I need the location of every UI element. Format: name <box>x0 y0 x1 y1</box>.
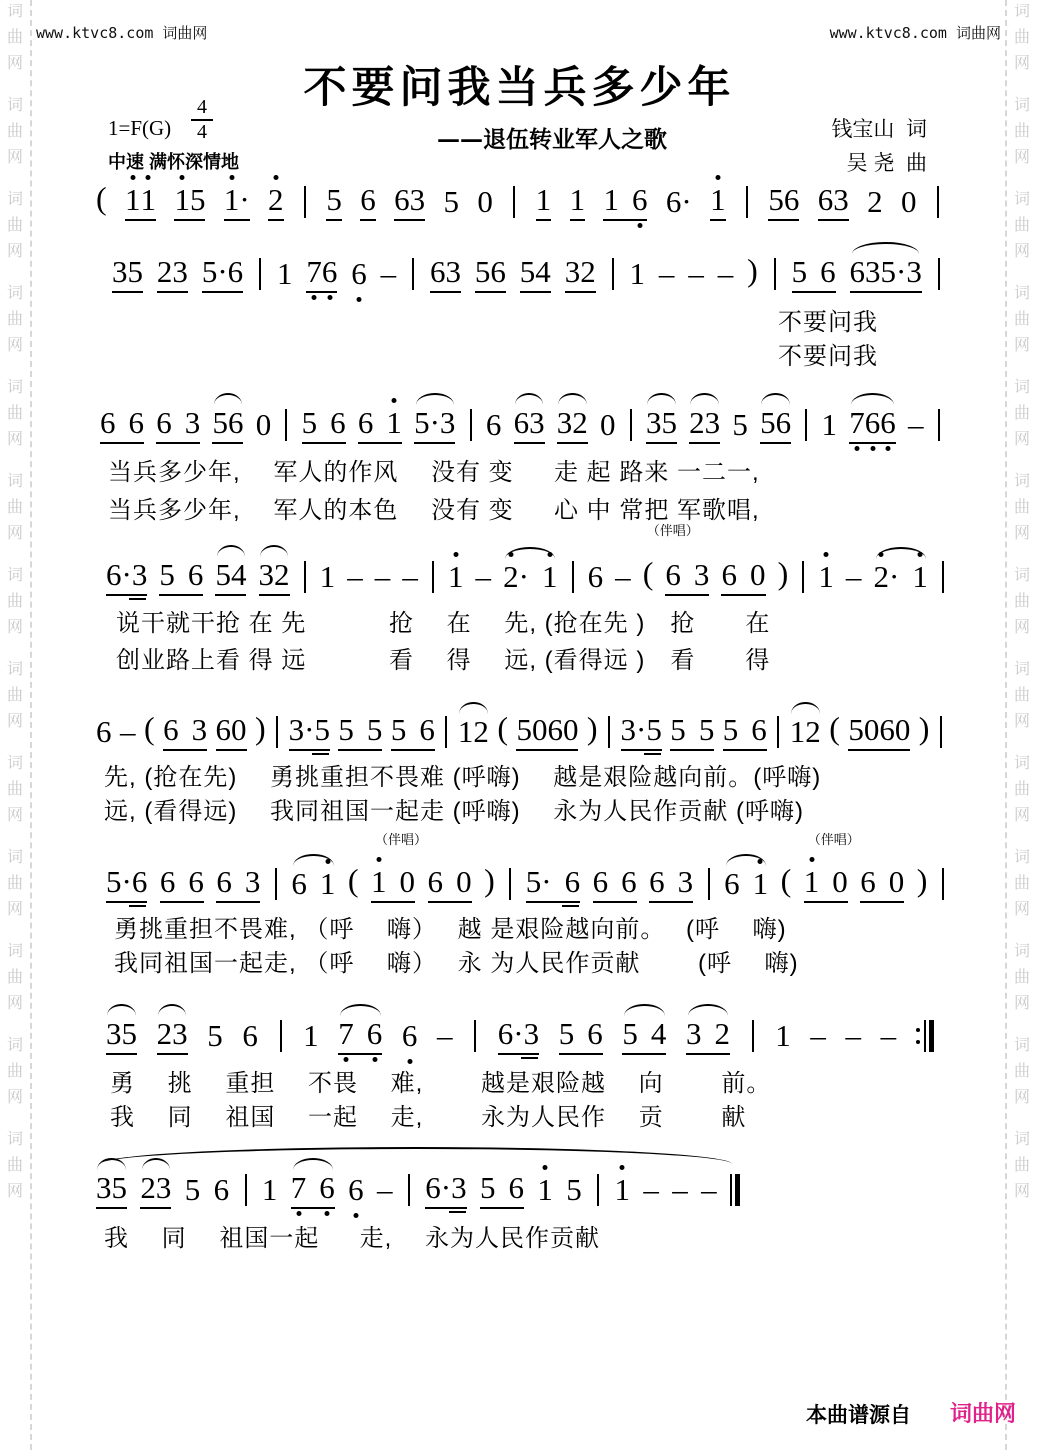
note-digit: 6 <box>587 1018 603 1049</box>
note-digit: – <box>375 561 391 592</box>
watermark-char: 网 <box>1014 526 1030 542</box>
note-digit: 3 <box>646 407 662 438</box>
note-digit: 0 <box>889 866 905 897</box>
slur-arc <box>876 547 926 559</box>
note-digit: 1 <box>630 258 646 289</box>
note-digit: 3 <box>96 1172 112 1203</box>
lyric-line: 当兵多少年, 军人的本色 没有 变 心 中 常把 军歌唱, <box>108 490 760 525</box>
note-digit: 6 <box>351 258 367 289</box>
note-token: 76 <box>291 1172 335 1209</box>
note-digit: 5 <box>622 1018 638 1049</box>
slur-arc <box>690 393 719 405</box>
note-digit: 6 <box>129 407 145 438</box>
notes-row: 6–(6360)3·5555612(5060)3·5555612(5060) <box>96 712 944 751</box>
note-digit: 3 <box>451 1172 467 1203</box>
note-digit: 5 <box>516 714 532 745</box>
note-digit: 2 <box>580 256 596 287</box>
slur-arc <box>158 1004 187 1016</box>
note-token: 1 <box>536 184 552 221</box>
watermark-char: 词 <box>7 568 23 584</box>
watermark-char: 网 <box>1014 244 1030 260</box>
note-digit: 6 <box>565 866 581 897</box>
note-digit: 3 <box>705 407 721 438</box>
note-token: 56 <box>475 256 506 293</box>
notes-row: 6·35654321–––1–2·16–(（伴唱）6360)1–2·1 <box>106 557 946 596</box>
note-token: ) <box>778 557 789 596</box>
note-token: 1 <box>537 1174 553 1209</box>
note-digit: 5 <box>314 714 330 745</box>
note-digit: 2 <box>274 559 290 590</box>
note-digit: 5 <box>475 256 491 287</box>
watermark-char: 词 <box>7 192 23 208</box>
note-token: 56 <box>480 1172 524 1209</box>
note-token: 15 <box>174 184 205 221</box>
note-digit: · <box>636 714 646 745</box>
lyricist-credit: 钱宝山 词 <box>831 113 927 143</box>
accompaniment-label: （伴唱） <box>375 833 427 846</box>
note-digit: 6 <box>188 866 204 897</box>
note-token: ( <box>497 712 508 751</box>
note-digit: 6 <box>348 1174 364 1205</box>
note-token: 56 <box>559 1018 603 1055</box>
watermark-char: 词 <box>7 380 23 396</box>
repeat-barline <box>916 1020 934 1052</box>
watermark-char: 词 <box>7 1132 23 1148</box>
note-token: 54 <box>520 256 551 293</box>
watermark-char: 曲 <box>1014 500 1030 516</box>
note-digit: ) <box>255 712 266 744</box>
barline <box>445 716 447 748</box>
watermark-char: 曲 <box>7 782 23 798</box>
note-digit: 5 <box>723 714 739 745</box>
watermark-text: 词曲网 <box>1014 944 1030 1012</box>
watermark-char: 网 <box>1014 620 1030 636</box>
note-digit: 5 <box>106 866 122 897</box>
watermark-char: 网 <box>1014 808 1030 824</box>
note-digit: · <box>896 256 906 287</box>
notes-row: 3523561766–6·356151––– <box>96 1172 740 1209</box>
note-token: 54 <box>622 1018 666 1055</box>
note-digit: 5 <box>367 714 383 745</box>
barline <box>513 186 515 218</box>
note-digit: 1 <box>371 866 387 897</box>
slur-arc <box>340 1004 381 1016</box>
note-token: 23 <box>689 407 720 444</box>
note-token: 1 <box>448 561 464 596</box>
note-token: 61 <box>724 868 768 903</box>
note-digit: 5 <box>326 184 342 215</box>
watermark-char: 曲 <box>1014 970 1030 986</box>
note-digit: 6 <box>228 407 244 438</box>
watermark-text: 词曲网 <box>7 662 23 730</box>
note-token: 61 <box>358 407 402 444</box>
note-digit: 6 <box>132 866 148 897</box>
note-digit: 7 <box>306 256 322 287</box>
note-token: 56 <box>391 714 435 751</box>
note-token: ) <box>917 864 928 903</box>
note-digit: 2 <box>268 184 284 215</box>
note-digit: 6 <box>865 407 881 438</box>
watermark-text: 词曲网 <box>1014 662 1030 730</box>
note-token: 5060 <box>848 714 910 751</box>
decor <box>730 1174 732 1206</box>
watermark-char: 词 <box>7 1038 23 1054</box>
barline <box>746 186 748 218</box>
note-token: 60 <box>721 559 765 596</box>
note-digit: 6 <box>216 714 232 745</box>
lyric-line: 不要问我 <box>778 336 878 371</box>
note-digit: 1 <box>125 184 141 215</box>
note-token: 6·3 <box>106 559 147 596</box>
note-token: ) <box>919 712 930 751</box>
notes-row: 5·6666361(10（伴唱）60)5·6666361(10（伴唱）60) <box>106 864 946 903</box>
watermark-text: 词曲网 <box>1014 286 1030 354</box>
note-digit: – <box>120 716 136 747</box>
barline <box>509 868 511 900</box>
note-token: 2·1 <box>503 561 557 596</box>
note-digit: – <box>672 1174 688 1205</box>
note-digit: · <box>889 561 899 592</box>
accompaniment-label: （伴唱） <box>647 524 699 537</box>
lyric-line: 勇挑重担不畏难, （呼 嗨） 越 是艰险越向前。 (呼 嗨) <box>114 909 787 944</box>
decor <box>924 1020 926 1052</box>
note-digit: 3 <box>112 256 128 287</box>
note-digit: – <box>659 258 675 289</box>
note-digit: 5 <box>185 1174 201 1205</box>
note-digit: – <box>846 1020 862 1051</box>
note-token: 1 <box>262 1174 278 1209</box>
watermark-char: 词 <box>1014 850 1030 866</box>
note-token: 6 <box>360 184 376 221</box>
barline <box>412 258 414 290</box>
notes-row: (11151·256635011166·1566320 <box>96 182 941 221</box>
note-digit: 5 <box>128 256 144 287</box>
note-digit: 6 <box>367 1018 383 1049</box>
note-digit: 3 <box>132 559 148 590</box>
note-token: ) <box>747 254 758 293</box>
note-token: 1 <box>303 1020 319 1055</box>
note-token: 5 <box>444 186 460 221</box>
note-digit: 6 <box>394 184 410 215</box>
lyric-line: 当兵多少年, 军人的作风 没有 变 走 起 路来 一二一, <box>108 452 760 487</box>
note-digit: 0 <box>563 714 579 745</box>
note-digit: ( <box>144 712 155 744</box>
note-digit: 6 <box>880 407 896 438</box>
note-digit: · <box>304 714 314 745</box>
note-token: 60 <box>860 866 904 903</box>
note-token: 0 <box>901 186 917 221</box>
watermark-char: 网 <box>1014 902 1030 918</box>
watermark-text: 词曲网 <box>7 192 23 260</box>
note-token: 76 <box>338 1018 382 1055</box>
watermark-char: 词 <box>7 286 23 302</box>
note-digit: 4 <box>651 1018 667 1049</box>
time-signature-numerator: 4 <box>197 96 207 118</box>
note-token: – <box>881 1020 897 1055</box>
note-digit: 2 <box>805 716 821 747</box>
barline <box>937 186 939 218</box>
note-token: 5 <box>185 1174 201 1209</box>
notes-row: 666356056615·366332035235561766– <box>100 407 942 444</box>
note-digit: 6 <box>428 866 444 897</box>
watermark-char: 网 <box>1014 996 1030 1012</box>
watermark-char: 词 <box>1014 568 1030 584</box>
note-token: 5 <box>207 1020 223 1055</box>
note-digit: 6 <box>319 1172 335 1203</box>
note-token: 1 <box>630 258 646 293</box>
slur-arc <box>217 545 246 557</box>
barline <box>708 868 710 900</box>
note-token: 5 <box>566 1174 582 1209</box>
note-digit: 6 <box>776 407 792 438</box>
note-digit: 5 <box>302 407 318 438</box>
note-digit: 0 <box>256 409 272 440</box>
slur-arc <box>851 393 894 405</box>
lyric-line: 我 同 祖国 一起 走, 永为人民作 贡 献 <box>110 1097 746 1132</box>
watermark-char: 曲 <box>1014 218 1030 234</box>
note-token: 3·5 <box>289 714 330 751</box>
note-token: 56 <box>302 407 346 444</box>
note-digit: 5 <box>202 256 218 287</box>
note-token: – <box>120 716 136 751</box>
note-digit: – <box>810 1020 826 1051</box>
note-digit: 6 <box>665 559 681 590</box>
lyric-line: 创业路上看 得 远 看 得 远, (看得远 ) 看 得 <box>116 640 770 675</box>
note-digit: 5 <box>566 1174 582 1205</box>
tempo-marking: 中速 满怀深情地 <box>108 148 239 174</box>
note-digit: · <box>681 186 691 217</box>
note-token: 32 <box>557 407 588 444</box>
note-digit: 7 <box>291 1172 307 1203</box>
watermark-char: 网 <box>7 1090 23 1106</box>
note-digit: 6 <box>724 868 740 899</box>
note-digit: ) <box>919 712 930 744</box>
barline <box>276 716 278 748</box>
watermark-char: 曲 <box>7 406 23 422</box>
watermark-char: 词 <box>7 850 23 866</box>
note-digit: 6 <box>547 714 563 745</box>
slur-arc <box>791 702 820 714</box>
note-token: 66 <box>100 407 144 444</box>
watermark-char: 曲 <box>7 312 23 328</box>
time-signature: 4 4 <box>191 97 213 143</box>
note-digit: 6 <box>106 559 122 590</box>
barline <box>432 561 434 593</box>
note-digit: 3 <box>686 1018 702 1049</box>
note-digit: – <box>615 561 631 592</box>
note-digit: 1 <box>537 1174 553 1205</box>
note-token: 6·3 <box>498 1018 539 1055</box>
footer-brand-link[interactable]: 词曲网 <box>950 1397 1016 1428</box>
watermark-text: 词曲网 <box>7 286 23 354</box>
note-digit: ( <box>348 864 359 896</box>
note-digit: 6 <box>632 184 648 215</box>
watermark-text: 词曲网 <box>7 568 23 636</box>
watermark-char: 词 <box>7 944 23 960</box>
note-digit: 6 <box>649 866 665 897</box>
note-token: 6 <box>351 258 367 293</box>
watermark-char: 网 <box>7 150 23 166</box>
watermark-char: 网 <box>1014 714 1030 730</box>
note-token: 6 <box>588 561 604 596</box>
note-digit: 3 <box>557 407 573 438</box>
note-token: 56 <box>792 256 836 293</box>
note-digit: 6 <box>160 866 176 897</box>
note-token: 6 <box>96 716 112 751</box>
slur-arc <box>214 393 243 405</box>
note-token: 6· <box>666 186 692 221</box>
slur-arc <box>624 1004 665 1016</box>
note-digit: 3 <box>289 714 305 745</box>
watermark-text: 词曲网 <box>1014 756 1030 824</box>
sheet-page: 词曲网词曲网词曲网词曲网词曲网词曲网词曲网词曲网词曲网词曲网词曲网词曲网词曲网 … <box>0 0 1039 1450</box>
note-digit: – <box>881 1020 897 1051</box>
watermark-char: 曲 <box>1014 1064 1030 1080</box>
note-token: ( <box>781 864 792 903</box>
note-digit: · <box>430 407 440 438</box>
note-digit: 3 <box>172 256 188 287</box>
barline <box>612 258 614 290</box>
decor <box>735 1174 740 1206</box>
note-digit: 5 <box>699 714 715 745</box>
note-digit: ) <box>747 254 758 286</box>
watermark-char: 词 <box>1014 756 1030 772</box>
barline <box>304 561 306 593</box>
note-token: – <box>615 561 631 596</box>
note-digit: 6 <box>751 714 767 745</box>
note-digit: 1 <box>320 561 336 592</box>
watermark-text: 词曲网 <box>7 1038 23 1106</box>
watermark-text: 词曲网 <box>1014 850 1030 918</box>
note-token: ) <box>484 864 495 903</box>
barline <box>938 409 940 441</box>
barline <box>777 716 779 748</box>
watermark-char: 曲 <box>1014 124 1030 140</box>
note-digit: 3 <box>865 256 881 287</box>
note-token: 35 <box>112 256 143 293</box>
note-digit: 0 <box>901 186 917 217</box>
note-digit: 5 <box>480 1172 496 1203</box>
note-digit: 3 <box>565 256 581 287</box>
note-token: 32 <box>686 1018 730 1055</box>
final-barline <box>730 1174 740 1206</box>
note-digit: 1 <box>570 184 586 215</box>
barline <box>259 258 261 290</box>
barline <box>802 561 804 593</box>
note-token: 55 <box>670 714 714 751</box>
slur-arc <box>726 854 767 866</box>
note-token: 54 <box>215 559 246 596</box>
note-digit: 2 <box>715 1018 731 1049</box>
song-title: 不要问我当兵多少年 <box>0 54 1039 115</box>
note-digit: 0 <box>456 866 472 897</box>
note-digit: 3 <box>106 1018 122 1049</box>
note-digit: 5 <box>646 714 662 745</box>
note-digit: 5 <box>215 559 231 590</box>
note-digit: 4 <box>231 559 247 590</box>
note-digit: 1 <box>320 868 336 899</box>
note-digit: · <box>239 184 249 215</box>
note-token: 5·6 <box>106 866 147 903</box>
left-dashed-divider <box>30 0 32 1450</box>
note-digit: – <box>347 561 363 592</box>
note-digit: ( <box>829 712 840 744</box>
barline <box>942 561 944 593</box>
note-digit: 1 <box>818 561 834 592</box>
note-digit: – <box>381 258 397 289</box>
note-token: 6 <box>214 1174 230 1209</box>
note-digit: 1 <box>753 868 769 899</box>
watermark-char: 网 <box>7 244 23 260</box>
watermark-char: 曲 <box>7 1158 23 1174</box>
note-token: 1 <box>818 561 834 596</box>
watermark-char: 曲 <box>7 594 23 610</box>
note-digit: – <box>846 561 862 592</box>
slur-arc <box>761 393 790 405</box>
barline <box>470 409 472 441</box>
note-digit: 1 <box>458 716 474 747</box>
note-token: 0 <box>477 186 493 221</box>
note-digit: – <box>643 1174 659 1205</box>
note-digit: 2 <box>473 716 489 747</box>
note-digit: 5 <box>848 714 864 745</box>
lyric-line: 先, (抢在先) 勇挑重担不畏难 (呼嗨) 越是艰险越向前。(呼嗨) <box>104 757 821 792</box>
note-token: 0 <box>600 409 616 444</box>
note-digit: 0 <box>231 714 247 745</box>
note-token: 66 <box>593 866 637 903</box>
note-token: 61 <box>291 868 335 903</box>
note-digit: 3 <box>172 1018 188 1049</box>
note-digit: ( <box>96 182 107 214</box>
note-token: 5·3 <box>414 407 455 444</box>
note-token: 55 <box>338 714 382 751</box>
note-token: 56 <box>723 714 767 751</box>
watermark-char: 词 <box>7 756 23 772</box>
note-digit: 6 <box>666 186 682 217</box>
note-digit: 6 <box>163 714 179 745</box>
watermark-char: 网 <box>7 714 23 730</box>
note-token: 2 <box>268 184 284 221</box>
note-token: – <box>643 1174 659 1209</box>
watermark-char: 网 <box>7 902 23 918</box>
song-subtitle: ——退伍转业军人之歌 <box>437 121 667 154</box>
note-token: ) <box>587 712 598 751</box>
watermark-char: 曲 <box>7 1064 23 1080</box>
watermark-text: 词曲网 <box>7 474 23 542</box>
notation-system-7: 3523561766–6·35654321––– <box>106 1018 934 1055</box>
watermark-char: 曲 <box>1014 406 1030 422</box>
watermark-char: 网 <box>1014 338 1030 354</box>
note-digit: 6 <box>621 866 637 897</box>
composer-credit: 吴 尧 曲 <box>846 147 927 177</box>
note-token: – <box>718 258 734 293</box>
note-token: – <box>908 409 924 444</box>
barline <box>630 409 632 441</box>
note-digit: 0 <box>750 559 766 590</box>
notation-system-6: 5·6666361(10（伴唱）60)5·6666361(10（伴唱）60) <box>106 864 946 903</box>
note-digit: – <box>718 258 734 289</box>
note-digit: 6 <box>850 256 866 287</box>
note-digit: 6 <box>721 559 737 590</box>
note-token: ( <box>348 864 359 903</box>
note-token: – <box>846 561 862 596</box>
note-digit: · <box>513 1018 523 1049</box>
right-dashed-divider <box>1005 0 1007 1450</box>
note-token: 6·3 <box>425 1172 466 1209</box>
note-token: – <box>672 1174 688 1209</box>
note-digit: 5 <box>414 407 430 438</box>
note-token: – <box>375 561 391 596</box>
